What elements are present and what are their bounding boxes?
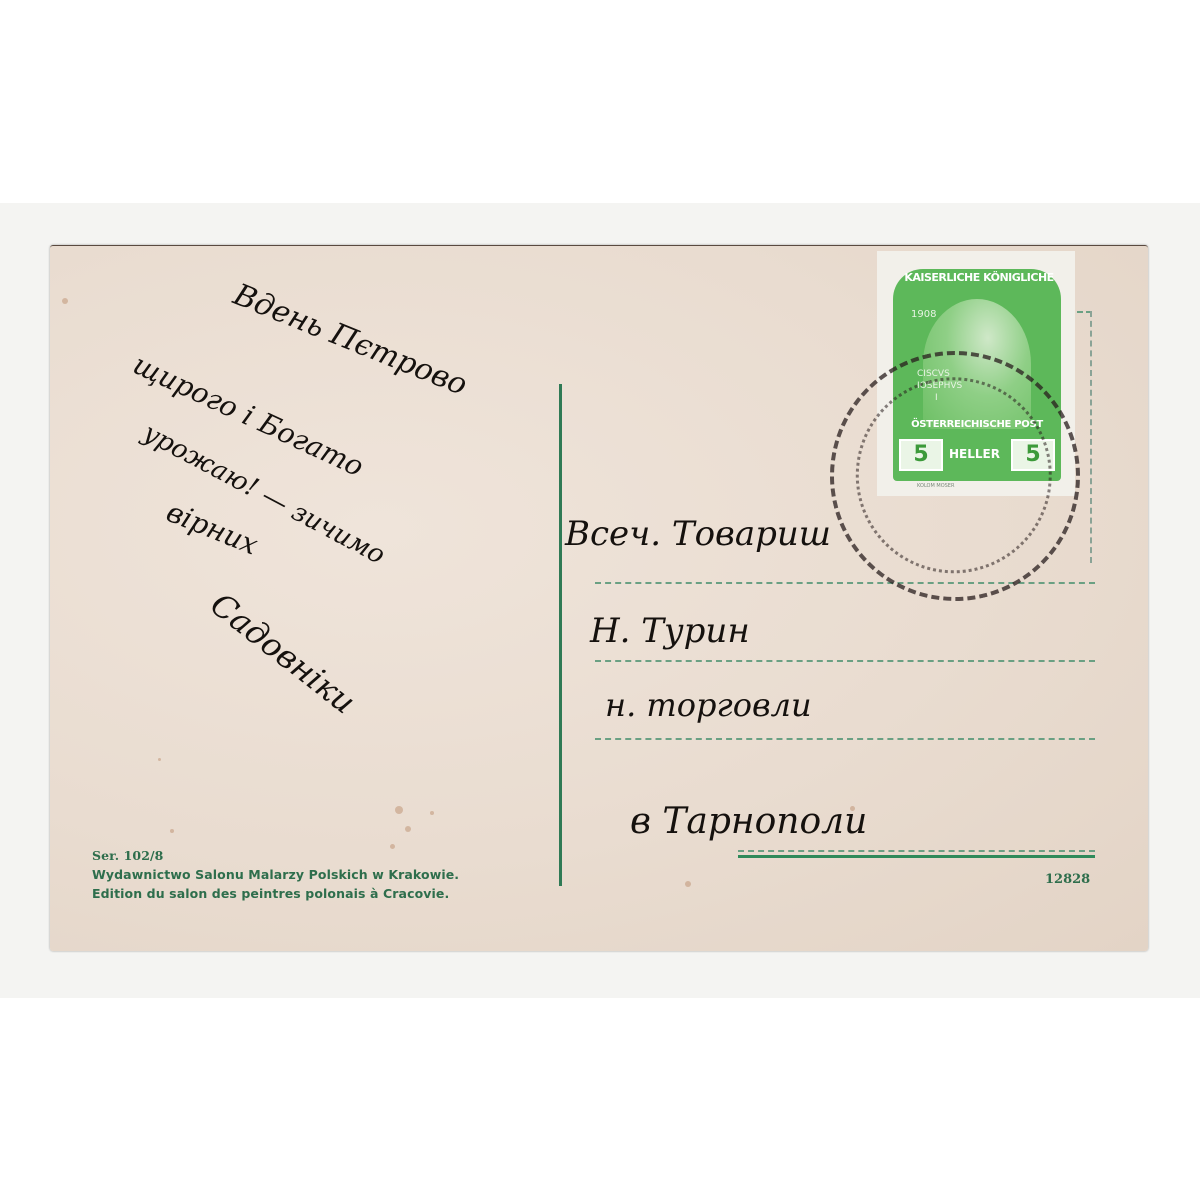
- address-line-4: [738, 850, 1095, 852]
- foxing-spot: [395, 806, 403, 814]
- foxing-spot: [685, 881, 691, 887]
- message-line-5: Садовніки: [203, 585, 363, 721]
- series-number: Ser. 102/8: [92, 846, 459, 865]
- postcard: KAISERLICHE KÖNIGLICHE 1908 CISCVS IOSEP…: [50, 245, 1148, 951]
- foxing-spot: [158, 758, 161, 761]
- address-line-3-text: н. торговли: [605, 686, 812, 724]
- postmark-inner-ring: [834, 355, 1074, 595]
- address-line-1-text: Всеч. Товариш: [565, 514, 831, 554]
- foxing-spot: [430, 811, 434, 815]
- center-divider-line: [559, 384, 562, 886]
- foxing-spot: [62, 298, 68, 304]
- message-line-2: щирого і Богато: [128, 348, 369, 484]
- publisher-french: Edition du salon des peintres polonais à…: [92, 884, 459, 903]
- publisher-imprint: Ser. 102/8 Wydawnictwo Salonu Malarzy Po…: [92, 846, 459, 903]
- publisher-polish: Wydawnictwo Salonu Malarzy Polskich w Kr…: [92, 865, 459, 884]
- address-line-4-underline: [738, 855, 1095, 858]
- foxing-spot: [170, 829, 174, 833]
- message-line-1: Вдень Пєтрово: [228, 277, 472, 403]
- stamp-year: 1908: [911, 309, 936, 320]
- catalog-number: 12828: [1045, 872, 1090, 887]
- foxing-spot: [405, 826, 411, 832]
- stamp-top-legend: KAISERLICHE KÖNIGLICHE: [899, 271, 1059, 284]
- address-line-2-text: Н. Турин: [590, 611, 750, 651]
- address-line-2: [595, 660, 1095, 662]
- stamp-frame-right: [1090, 311, 1092, 563]
- address-line-3: [595, 738, 1095, 740]
- address-line-4-text: в Тарнополи: [630, 801, 867, 842]
- message-line-4: вірних: [162, 495, 263, 561]
